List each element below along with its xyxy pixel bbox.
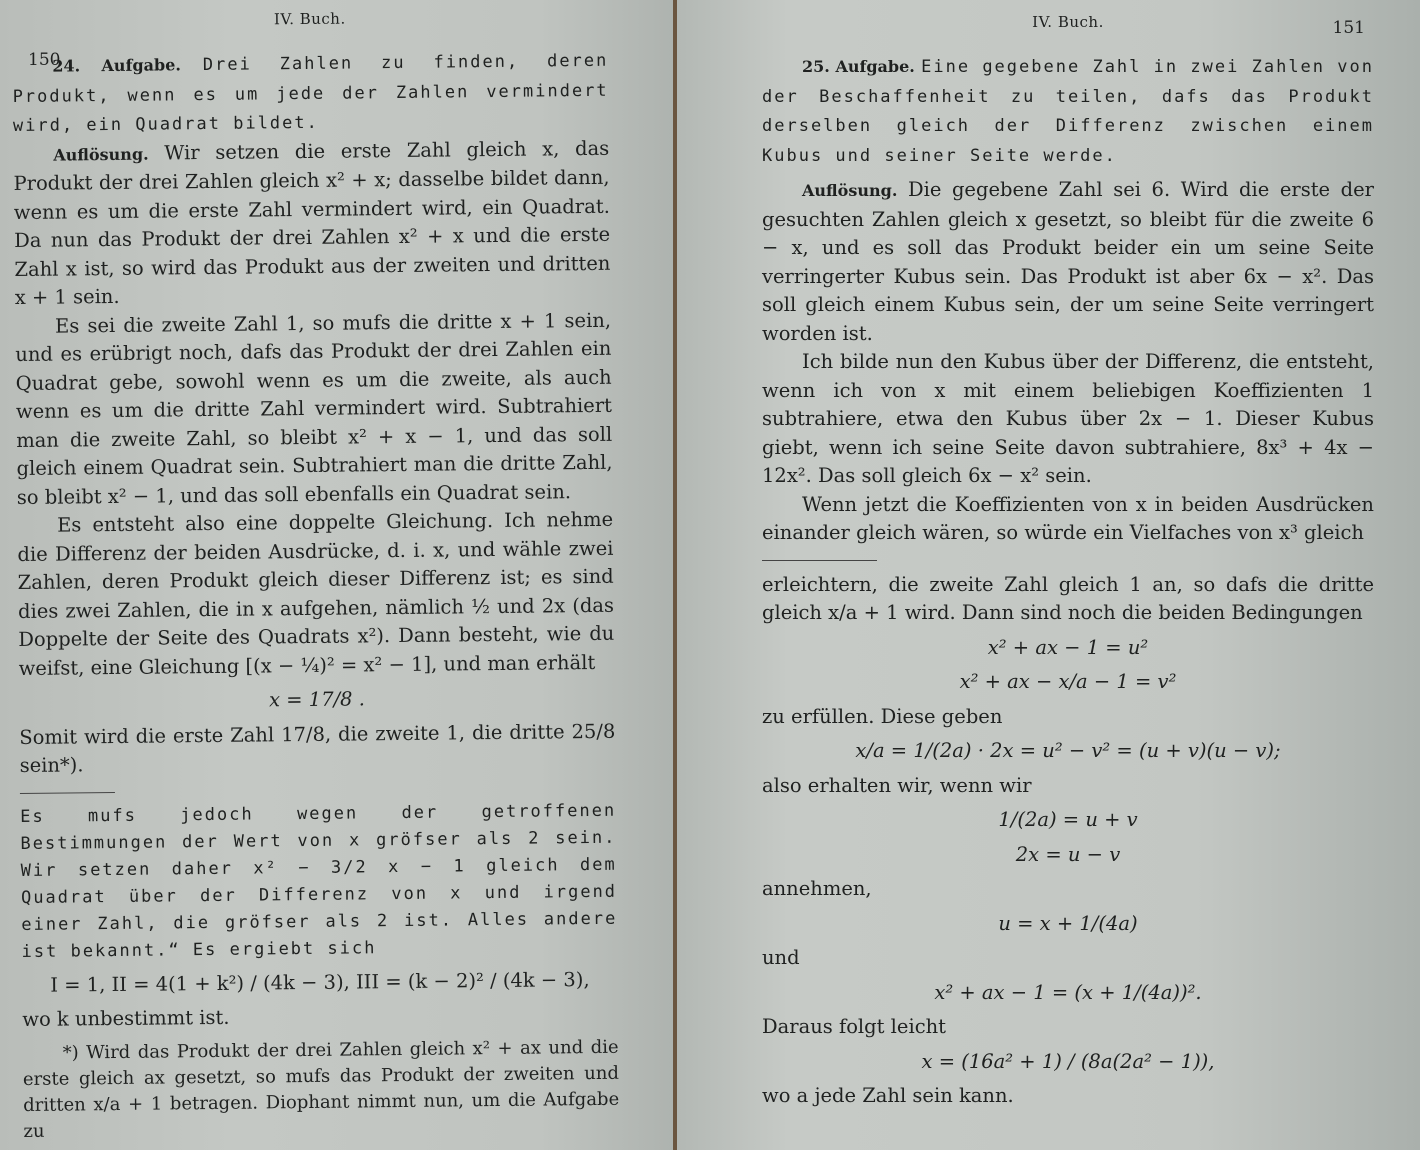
equation-1: x² + ax − 1 = u² — [762, 634, 1374, 663]
equation-7: x² + ax − 1 = (x + 1/(4a))². — [762, 979, 1374, 1008]
footnote-left: *) Wird das Produkt der drei Zahlen glei… — [23, 1034, 620, 1144]
problem-label: 25. Aufgabe. — [802, 57, 915, 76]
equation-3: x/a = 1/(2a) · 2x = u² − v² = (u + v)(u … — [762, 737, 1374, 766]
solution-label: Auflösung. — [802, 181, 897, 200]
equation-8: x = (16a² + 1) / (8a(2a² − 1)), — [762, 1048, 1374, 1077]
running-head-left: IV. Buch. — [12, 2, 608, 30]
conclusion-text: Somit wird die erste Zahl 17/8, die zwei… — [19, 717, 616, 780]
footnote-divider — [762, 560, 877, 561]
solution-text: Die gegebene Zahl sei 6. Wird die erste … — [762, 178, 1374, 345]
solution-paragraph-2: Ich bilde nun den Kubus über der Differe… — [762, 348, 1374, 491]
solution-paragraph-1: Auflösung. Wir setzen die erste Zahl gle… — [13, 134, 611, 312]
equation-6: u = x + 1/(4a) — [762, 910, 1374, 939]
solution-paragraph-2: Es sei die zweite Zahl 1, so mufs die dr… — [15, 306, 613, 512]
text-daraus: Daraus folgt leicht — [762, 1013, 1374, 1042]
text-und: und — [762, 944, 1374, 973]
k-note: wo k unbestimmt ist. — [22, 1000, 618, 1035]
solution-paragraph-1: Auflösung. Die gegebene Zahl sei 6. Wird… — [762, 176, 1374, 348]
book-spread: 150 IV. Buch. 24. Aufgabe. Drei Zahlen z… — [0, 0, 1420, 1150]
text-fulfill: zu erfüllen. Diese geben — [762, 703, 1374, 732]
quoted-remark: Es mufs jedoch wegen der getroffenen Bes… — [20, 797, 618, 965]
problem-25: 25. Aufgabe. Eine gegebene Zahl in zwei … — [762, 52, 1374, 170]
left-page-content: IV. Buch. 24. Aufgabe. Drei Zahlen zu fi… — [12, 2, 620, 1145]
problem-24: 24. Aufgabe. Drei Zahlen zu finden, dere… — [12, 46, 609, 141]
footnote-divider — [20, 791, 115, 793]
text-final: wo a jede Zahl sein kann. — [762, 1082, 1374, 1111]
right-page-content: IV. Buch. 25. Aufgabe. Eine gegebene Zah… — [762, 8, 1374, 1111]
left-page: 150 IV. Buch. 24. Aufgabe. Drei Zahlen z… — [0, 0, 673, 1150]
problem-label: 24. Aufgabe. — [52, 55, 181, 75]
equation-5: 2x = u − v — [762, 841, 1374, 870]
running-head-right: IV. Buch. — [762, 8, 1374, 30]
equation-2: x² + ax − x/a − 1 = v² — [762, 668, 1374, 697]
text-also: also erhalten wir, wenn wir — [762, 772, 1374, 801]
solution-paragraph-3: Wenn jetzt die Koeffizienten von x in be… — [762, 491, 1374, 548]
footnote-continuation: erleichtern, die zweite Zahl gleich 1 an… — [762, 571, 1374, 628]
text-annehmen: annehmen, — [762, 875, 1374, 904]
solution-label: Auflösung. — [53, 144, 149, 164]
equation-4: 1/(2a) = u + v — [762, 806, 1374, 835]
solution-paragraph-3: Es entsteht also eine doppelte Gleichung… — [17, 506, 615, 683]
equation-k: I = 1, II = 4(1 + k²) / (4k − 3), III = … — [22, 965, 618, 1000]
right-page: 151 IV. Buch. 25. Aufgabe. Eine gegebene… — [677, 0, 1420, 1150]
equation-x-value: x = 17/8 . — [19, 683, 615, 718]
